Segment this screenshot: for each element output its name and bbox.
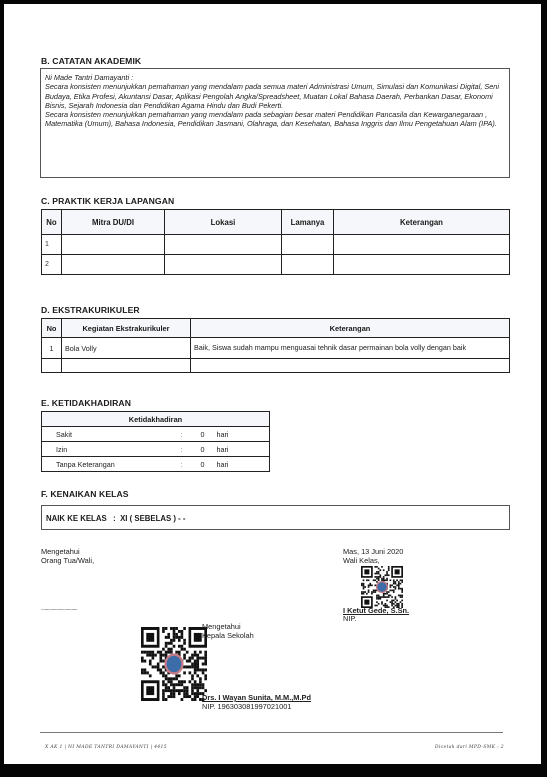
footer-student-info: X AK 1 | NI MADE TANTRI DAMAYANTI | 4415 xyxy=(45,745,167,750)
column-header: Lokasi xyxy=(165,210,282,235)
section-title-ekstrakurikuler: D. EKSTRAKURIKULER xyxy=(41,305,140,315)
catatan-akademik-box: Ni Made Tantri Damayanti : Secara konsis… xyxy=(40,68,510,178)
table-cell xyxy=(282,255,334,275)
table-header-row: Ketidakhadiran xyxy=(42,412,270,427)
footer-print-source: Dicetak dari MPD-SMK : 2 xyxy=(435,745,504,750)
table-cell xyxy=(42,359,62,373)
absence-label: Tanpa Keterangan xyxy=(42,457,172,472)
parent-signature-block: Mengetahui Orang Tua/Wali, xyxy=(41,547,94,565)
absence-value: 0 xyxy=(192,427,214,442)
table-cell: Bola Volly xyxy=(62,338,191,359)
section-title-praktik-kerja: C. PRAKTIK KERJA LAPANGAN xyxy=(41,196,174,206)
table-cell xyxy=(282,235,334,255)
table-header-row: No Kegiatan Ekstrakurikuler Keterangan xyxy=(42,319,510,338)
absence-unit: hari xyxy=(214,457,270,472)
homeroom-nip: NIP. xyxy=(343,614,356,623)
student-name-line: Ni Made Tantri Damayanti : xyxy=(45,73,505,82)
table-cell xyxy=(165,255,282,275)
ekstrakurikuler-table: No Kegiatan Ekstrakurikuler Keterangan 1… xyxy=(41,318,510,373)
principal-label-line1: Mengetahui xyxy=(202,622,241,631)
table-cell: 1 xyxy=(42,235,62,255)
table-header-row: No Mitra DU/DI Lokasi Lamanya Keterangan xyxy=(42,210,510,235)
catatan-paragraph-2: Secara konsisten menunjukkan pemahaman y… xyxy=(45,110,505,129)
homeroom-role: Wali Kelas, xyxy=(343,556,380,565)
separator: : xyxy=(172,442,192,457)
table-cell xyxy=(62,235,165,255)
parent-label-line1: Mengetahui xyxy=(41,547,94,556)
table-cell xyxy=(62,359,191,373)
table-cell: Baik, Siswa sudah mampu menguasai tehnik… xyxy=(191,338,510,359)
separator: : xyxy=(172,457,192,472)
report-page: B. CATATAN AKADEMIK Ni Made Tantri Damay… xyxy=(4,4,541,764)
principal-qr-code xyxy=(141,627,207,701)
section-title-ketidakhadiran: E. KETIDAKHADIRAN xyxy=(41,398,131,408)
table-cell: 1 xyxy=(42,338,62,359)
table-cell xyxy=(62,255,165,275)
table-row: 1 xyxy=(42,235,510,255)
absence-label: Sakit xyxy=(42,427,172,442)
separator: : xyxy=(172,427,192,442)
column-header: No xyxy=(42,319,62,338)
catatan-paragraph-1: Secara konsisten menunjukkan pemahaman y… xyxy=(45,82,505,110)
parent-signature-blank: ............................... xyxy=(41,605,77,614)
table-cell xyxy=(334,255,510,275)
column-header: Mitra DU/DI xyxy=(62,210,165,235)
footer-divider xyxy=(40,732,503,733)
kenaikan-kelas-box: NAIK KE KELAS : XI ( SEBELAS ) - - xyxy=(41,505,510,530)
table-row: Tanpa Keterangan : 0 hari xyxy=(42,457,270,472)
table-cell xyxy=(165,235,282,255)
section-title-catatan-akademik: B. CATATAN AKADEMIK xyxy=(41,56,141,66)
column-header: Keterangan xyxy=(334,210,510,235)
principal-name: Drs. I Wayan Sunita, M.M.,M.Pd xyxy=(202,693,311,702)
table-row: 1 Bola Volly Baik, Siswa sudah mampu men… xyxy=(42,338,510,359)
principal-label-line2: Kepala Sekolah xyxy=(202,631,254,640)
table-row xyxy=(42,359,510,373)
column-header: Keterangan xyxy=(191,319,510,338)
table-cell xyxy=(334,235,510,255)
absence-value: 0 xyxy=(192,442,214,457)
ketidakhadiran-table: Ketidakhadiran Sakit : 0 hari Izin : 0 h… xyxy=(41,411,270,472)
column-header: Ketidakhadiran xyxy=(42,412,270,427)
homeroom-qr-code xyxy=(360,566,404,608)
principal-nip: NIP. 196303081997021001 xyxy=(202,702,291,711)
table-cell xyxy=(191,359,510,373)
absence-unit: hari xyxy=(214,442,270,457)
homeroom-date: Mas, 13 Juni 2020 xyxy=(343,547,403,556)
table-row: Izin : 0 hari xyxy=(42,442,270,457)
column-header: Lamanya xyxy=(282,210,334,235)
column-header: No xyxy=(42,210,62,235)
table-row: 2 xyxy=(42,255,510,275)
praktik-kerja-table: No Mitra DU/DI Lokasi Lamanya Keterangan… xyxy=(41,209,510,275)
absence-value: 0 xyxy=(192,457,214,472)
absence-unit: hari xyxy=(214,427,270,442)
parent-label-line2: Orang Tua/Wali, xyxy=(41,556,94,565)
section-title-kenaikan-kelas: F. KENAIKAN KELAS xyxy=(41,489,129,499)
table-cell: 2 xyxy=(42,255,62,275)
column-header: Kegiatan Ekstrakurikuler xyxy=(62,319,191,338)
table-row: Sakit : 0 hari xyxy=(42,427,270,442)
absence-label: Izin xyxy=(42,442,172,457)
